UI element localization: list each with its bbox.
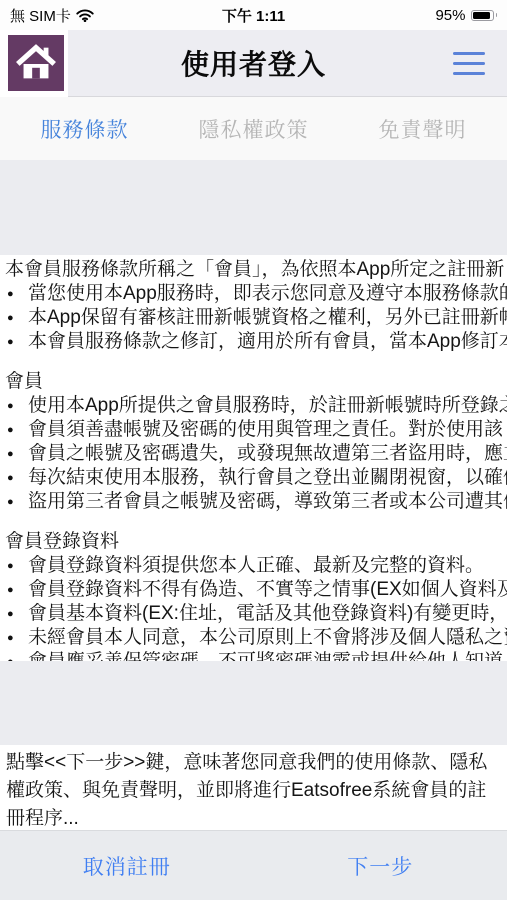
- terms-line: 會員登錄資料須提供您本人正確、最新及完整的資料。: [5, 554, 507, 578]
- terms-line: 會員須善盡帳號及密碼的使用與管理之責任。對於使用該: [5, 418, 507, 442]
- notice-panel: 點擊<<下一步>>鍵，意味著您同意我們的使用條款、隱私權政策、與免責聲明，並即將…: [0, 745, 507, 830]
- terms-line: 當您使用本App服務時，即表示您同意及遵守本服務條款的: [5, 282, 507, 306]
- wifi-icon: [76, 9, 94, 22]
- hamburger-menu-icon: [453, 52, 485, 55]
- tab-bar: 服務條款隱私權政策免責聲明: [0, 97, 507, 160]
- home-button[interactable]: [0, 30, 68, 97]
- tab-item[interactable]: 服務條款: [0, 114, 169, 144]
- content-gap-bottom: [0, 661, 507, 745]
- terms-panel[interactable]: 本會員服務條款所稱之「會員」，為依照本App所定之註冊新當您使用本App服務時，…: [0, 255, 507, 661]
- tab-item[interactable]: 免責聲明: [338, 114, 507, 144]
- carrier-label: 無 SIM卡: [10, 5, 71, 26]
- battery-icon: [471, 10, 498, 21]
- terms-line: 會員之帳號及密碼遺失，或發現無故遭第三者盜用時，應立: [5, 442, 507, 466]
- home-icon: [8, 35, 64, 91]
- footer-bar: 取消註冊 下一步: [0, 830, 507, 900]
- tab-item[interactable]: 隱私權政策: [169, 114, 338, 144]
- cancel-registration-button[interactable]: 取消註冊: [0, 851, 254, 881]
- terms-line: 使用本App所提供之會員服務時，於註冊新帳號時所登錄之: [5, 394, 507, 418]
- terms-line: 本App保留有審核註冊新帳號資格之權利，另外已註冊新帳: [5, 306, 507, 330]
- terms-line: 會員: [5, 370, 507, 394]
- terms-line: 本會員服務條款所稱之「會員」，為依照本App所定之註冊新: [5, 258, 507, 282]
- clock-label: 下午 1:11: [222, 5, 285, 26]
- status-bar: 無 SIM卡 下午 1:11 95%: [0, 0, 507, 30]
- terms-line: [5, 354, 507, 370]
- page-title: 使用者登入: [0, 43, 507, 83]
- terms-line: 每次結束使用本服務，執行會員之登出並關閉視窗，以確保: [5, 466, 507, 490]
- terms-line: 會員登錄資料: [5, 530, 507, 554]
- terms-line: 本會員服務條款之修訂，適用於所有會員，當本App修訂本: [5, 330, 507, 354]
- terms-line: 會員登錄資料不得有偽造、不實等之情事(EX如個人資料及: [5, 578, 507, 602]
- content-gap-top: [0, 160, 507, 255]
- terms-line: [5, 514, 507, 530]
- terms-line: 會員基本資料(EX:住址，電話及其他登錄資料)有變更時，: [5, 602, 507, 626]
- terms-line: 未經會員本人同意，本公司原則上不會將涉及個人隱私之資: [5, 626, 507, 650]
- agreement-notice-text: 點擊<<下一步>>鍵，意味著您同意我們的使用條款、隱私權政策、與免責聲明，並即將…: [6, 749, 501, 830]
- terms-line: 會員應妥善保管密碼，不可將密碼洩露或提供給他人知道: [5, 650, 507, 661]
- app-header: 使用者登入: [0, 30, 507, 97]
- terms-line: 盜用第三者會員之帳號及密碼，導致第三者或本公司遭其他: [5, 490, 507, 514]
- battery-percent-label: 95%: [435, 7, 465, 24]
- next-step-button[interactable]: 下一步: [254, 851, 507, 881]
- menu-button[interactable]: [447, 46, 491, 81]
